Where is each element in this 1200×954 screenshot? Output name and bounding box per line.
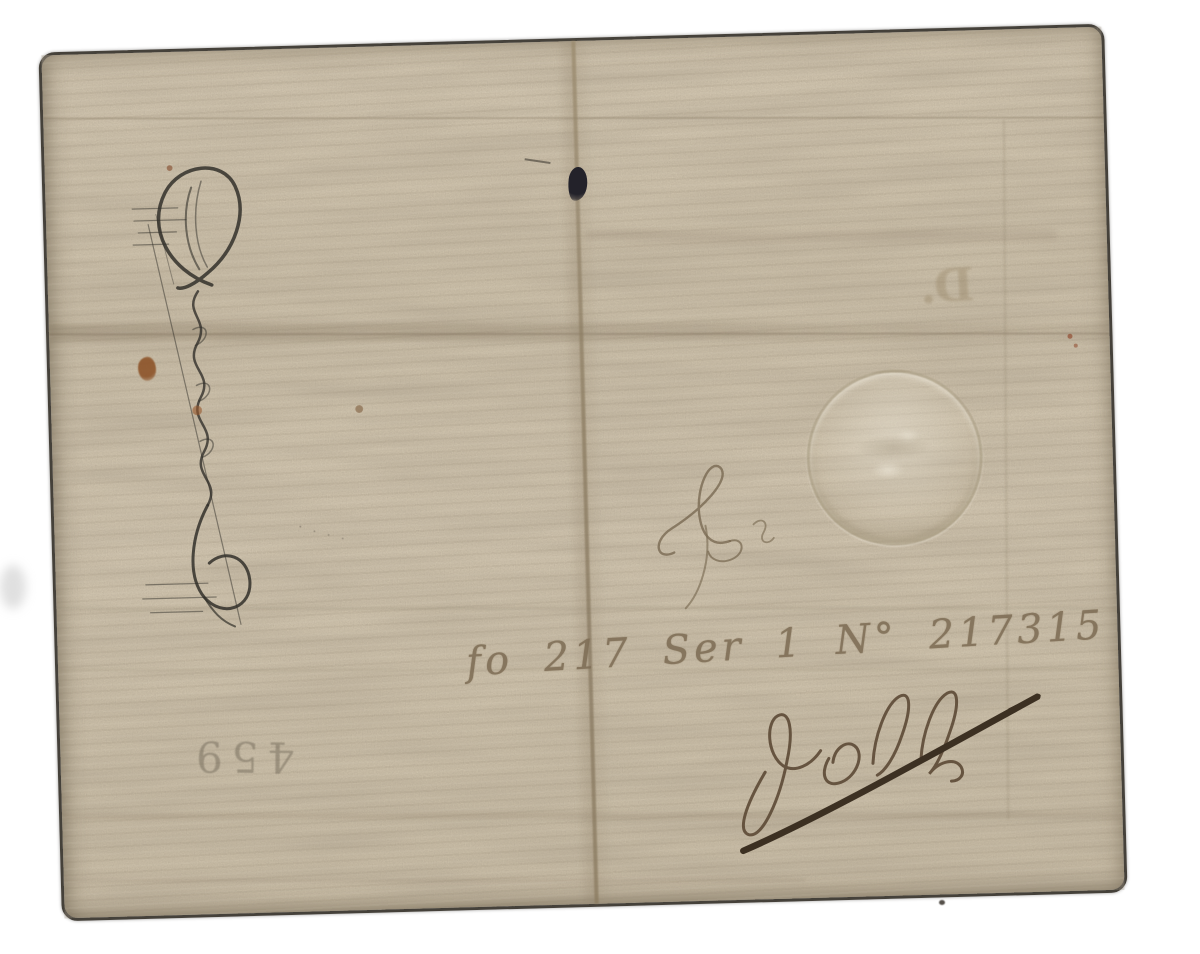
bottom-signature: [718, 646, 1064, 865]
scanbed-smudge: [0, 565, 26, 609]
rust-speck: [1067, 334, 1072, 339]
control-number-stamp: 459: [154, 716, 294, 781]
rust-stain: [355, 405, 363, 413]
seal-motif: [833, 417, 955, 484]
vertical-signature: [130, 151, 283, 635]
dotted-flourish: [296, 521, 349, 544]
embossed-seal: [804, 367, 985, 548]
crease-line: [64, 879, 806, 883]
rust-stain: [138, 357, 157, 381]
photo-background: { "scene": { "type": "scanned reverse si…: [0, 0, 1200, 954]
banknote-paper: fo 217 Ser 1 N° 217315 459 D.: [38, 24, 1127, 922]
ink-scratch: [525, 158, 551, 164]
crease-band: [587, 230, 1057, 240]
rust-speck: [1074, 344, 1078, 348]
pencil-initial-mark: [648, 454, 782, 617]
showthrough-letter: D.: [902, 257, 976, 321]
paper-edge-speck: [939, 900, 945, 905]
